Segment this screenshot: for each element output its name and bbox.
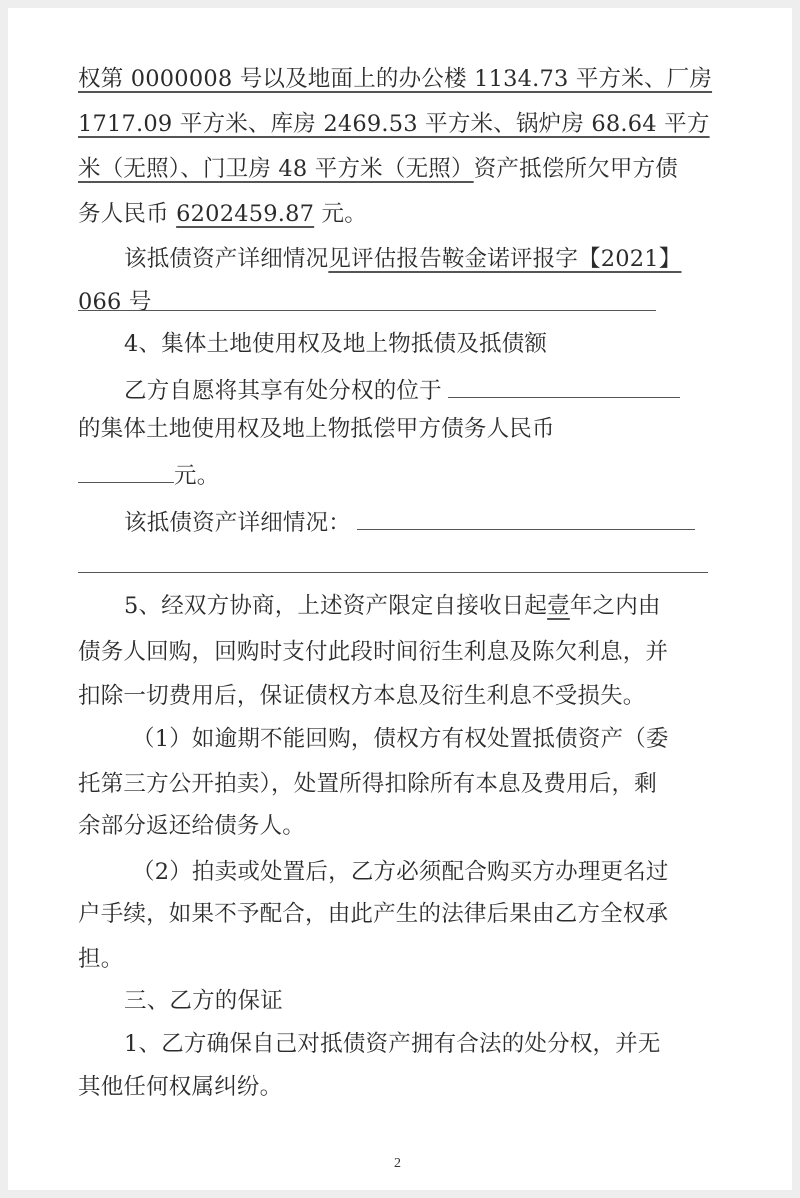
section-heading: 三、乙方的保证 bbox=[124, 985, 774, 1017]
text-line: 余部分返还给债务人。 bbox=[78, 810, 728, 842]
text-span: 该抵债资产详细情况 bbox=[124, 246, 328, 272]
text-line: 其他任何权属纠纷。 bbox=[78, 1071, 728, 1103]
text-span: 乙方自愿将其享有处分权的位于 bbox=[124, 378, 442, 404]
text-line: 托第三方公开拍卖），处置所得扣除所有本息及费用后，剩 bbox=[78, 768, 728, 800]
text-span: 资产抵偿所欠甲方债 bbox=[474, 156, 678, 182]
section-heading: 4、集体土地使用权及地上物抵债及抵债额 bbox=[124, 328, 774, 360]
text-line: （1）如逾期不能回购，债权方有权处置抵债资产（委 bbox=[132, 723, 782, 755]
text-line: 该抵债资产详细情况见评估报告鞍金诺评报字【2021】 bbox=[124, 243, 774, 275]
text-span: 5、经双方协商，上述资产限定自接收日起 bbox=[124, 593, 547, 619]
underlined-text: 见评估报告鞍金诺评报字【2021】 bbox=[328, 246, 681, 272]
text-line: 乙方自愿将其享有处分权的位于 bbox=[124, 373, 774, 405]
text-line: 的集体土地使用权及地上物抵偿甲方债务人民币 bbox=[78, 413, 728, 445]
text-line: 担。 bbox=[78, 943, 728, 975]
text-line: 户手续，如果不予配合，由此产生的法律后果由乙方全权承 bbox=[78, 898, 728, 930]
text-line: 5、经双方协商，上述资产限定自接收日起壹年之内由 bbox=[124, 590, 774, 622]
amount-value: 6202459.87 bbox=[176, 201, 314, 227]
document-page: 权第 0000008 号以及地面上的办公楼 1134.73 平方米、厂房 171… bbox=[8, 8, 792, 1190]
text-line: 1、乙方确保自己对抵债资产拥有合法的处分权，并无 bbox=[124, 1028, 774, 1060]
text-line: （2）拍卖或处置后，乙方必须配合购买方办理更名过 bbox=[132, 856, 782, 888]
text-line: 元。 bbox=[78, 458, 728, 490]
text-span: 该抵债资产详细情况： bbox=[124, 510, 351, 536]
text-line: 066 号 bbox=[78, 286, 728, 318]
fill-blank bbox=[448, 373, 680, 398]
text-span: 元。 bbox=[314, 201, 367, 227]
text-line: 债务人回购，回购时支付此段时间衍生利息及陈欠利息，并 bbox=[78, 636, 728, 668]
text-line: 1717.09 平方米、库房 2469.53 平方米、锅炉房 68.64 平方 bbox=[78, 108, 728, 140]
fill-blank bbox=[78, 458, 174, 483]
text-line: 权第 0000008 号以及地面上的办公楼 1134.73 平方米、厂房 bbox=[78, 63, 728, 95]
page-number: 2 bbox=[394, 1156, 401, 1172]
fill-blank bbox=[78, 286, 656, 311]
text-span: 元。 bbox=[174, 463, 219, 489]
text-line bbox=[78, 548, 728, 580]
text-span: 年之内由 bbox=[570, 593, 661, 619]
fill-blank bbox=[78, 548, 708, 573]
text-line: 务人民币 6202459.87 元。 bbox=[78, 198, 728, 230]
text-line: 扣除一切费用后，保证债权方本息及衍生利息不受损失。 bbox=[78, 680, 728, 712]
underlined-text: 壹 bbox=[547, 593, 570, 619]
underlined-text: 米（无照）、门卫房 48 平方米（无照） bbox=[78, 156, 474, 182]
text-line: 该抵债资产详细情况： bbox=[124, 505, 774, 537]
text-span: 务人民币 bbox=[78, 201, 176, 227]
text-line: 米（无照）、门卫房 48 平方米（无照）资产抵偿所欠甲方债 bbox=[78, 153, 728, 185]
fill-blank bbox=[357, 505, 695, 530]
